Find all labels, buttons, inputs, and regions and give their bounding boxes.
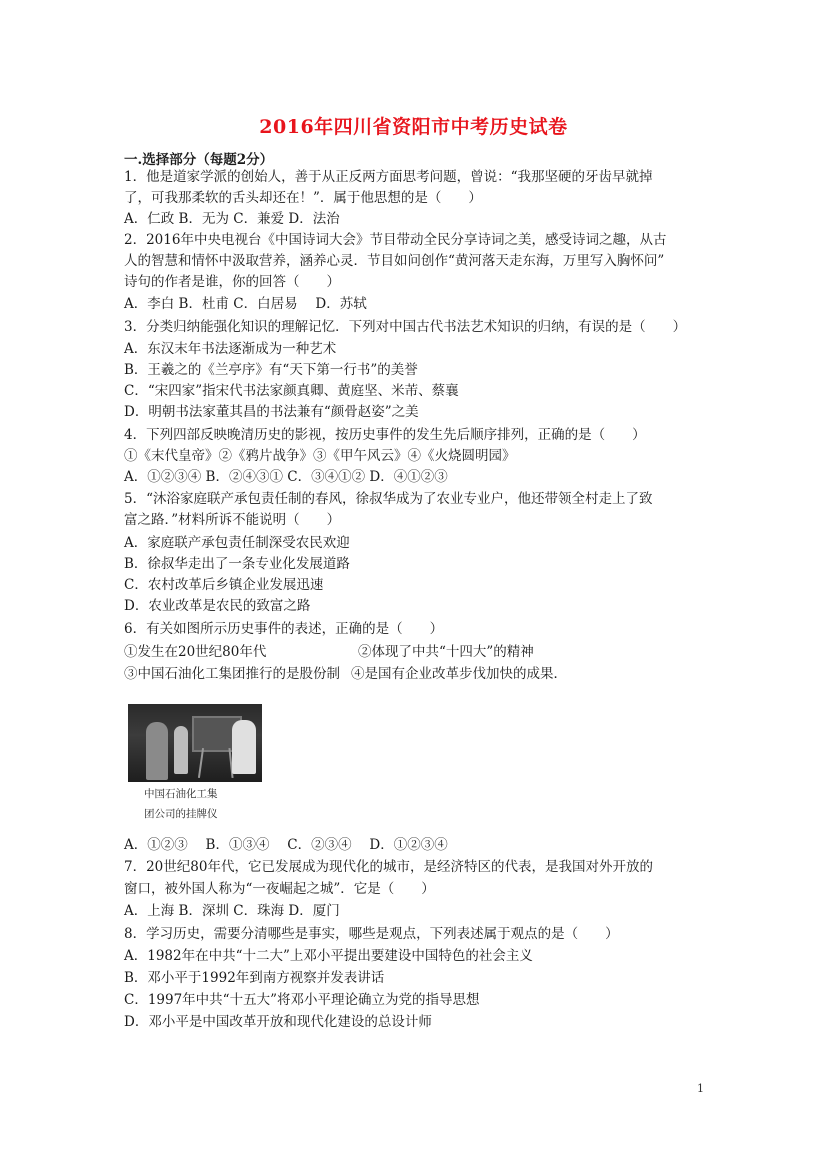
question-8-option-d: D．邓小平是中国改革开放和现代化建设的总设计师 <box>124 1013 432 1031</box>
question-8-option-a: A．1982年在中共“十二大”上邓小平提出要建设中国特色的社会主义 <box>124 947 533 965</box>
section-heading: 一.选择部分（每题2分） <box>124 148 273 168</box>
question-2-line-3: 诗句的作者是谁，你的回答（ ） <box>124 273 340 291</box>
person-silhouette <box>146 722 168 780</box>
question-4-options: A．①②③④ B．②④③① C．③④①② D．④①②③ <box>124 468 448 486</box>
question-1-options: A．仁政 B．无为 C．兼爱 D．法治 <box>124 210 340 228</box>
exam-page: 2016年四川省资阳市中考历史试卷 一.选择部分（每题2分） 1．他是道家学派的… <box>0 0 827 1169</box>
question-7-line-1: 7．20世纪80年代，它已发展成为现代化的城市，是经济特区的代表，是我国对外开放… <box>124 858 653 876</box>
question-2-options: A．李白 B．杜甫 C．白居易 D．苏轼 <box>124 295 367 313</box>
plaque-ceremony-photo <box>128 704 262 782</box>
question-8-line-1: 8．学习历史，需要分清哪些是事实，哪些是观点，下列表述属于观点的是（ ） <box>124 925 619 943</box>
question-5-option-a: A．家庭联产承包责任制深受农民欢迎 <box>124 534 350 552</box>
question-6-statement-2: ②体现了中共“十四大”的精神 <box>358 643 534 661</box>
person-silhouette <box>174 726 188 774</box>
question-7-line-2: 窗口，被外国人称为“一夜崛起之城”．它是（ ） <box>124 880 435 898</box>
question-8-option-c: C．1997年中共“十五大”将邓小平理论确立为党的指导思想 <box>124 991 480 1009</box>
figure-caption-line-2: 团公司的挂牌仪 <box>144 806 218 821</box>
question-3-line-1: 3．分类归纳能强化知识的理解记忆．下列对中国古代书法艺术知识的归纳，有误的是（ … <box>124 318 686 336</box>
page-number: 1 <box>697 1082 704 1095</box>
question-3-option-c: C．“宋四家”指宋代书法家颜真卿、黄庭坚、米芾、蔡襄 <box>124 382 459 400</box>
page-title: 2016年四川省资阳市中考历史试卷 <box>0 112 827 139</box>
person-silhouette <box>232 720 256 774</box>
question-3-option-d: D．明朝书法家董其昌的书法兼有“颜骨赵姿”之美 <box>124 403 419 421</box>
question-5-line-2: 富之路．”材料所诉不能说明（ ） <box>124 511 340 529</box>
question-8-option-b: B．邓小平于1992年到南方视察并发表讲话 <box>124 969 384 987</box>
question-7-options: A．上海 B．深圳 C．珠海 D．厦门 <box>124 902 340 920</box>
question-6-statement-4: ④是国有企业改革步伐加快的成果． <box>351 665 567 683</box>
question-5-option-b: B．徐叔华走出了一条专业化发展道路 <box>124 555 350 573</box>
question-1-line-1: 1．他是道家学派的创始人，善于从正反两方面思考问题，曾说：“我那坚硬的牙齿早就掉 <box>124 168 653 186</box>
question-2-line-1: 2．2016年中央电视台《中国诗词大会》节目带动全民分享诗词之美，感受诗词之趣，… <box>124 231 666 249</box>
question-1-line-2: 了，可我那柔软的舌头却还在！”．属于他思想的是（ ） <box>124 189 482 207</box>
easel-leg <box>198 748 204 778</box>
question-5-line-1: 5．“沐浴家庭联产承包责任制的春风，徐叔华成为了农业专业户，他还带领全村走上了致 <box>124 490 653 508</box>
question-3-option-b: B．王羲之的《兰亭序》有“天下第一行书”的美誉 <box>124 361 418 379</box>
question-5-option-c: C．农村改革后乡镇企业发展迅速 <box>124 576 323 594</box>
question-4-line-1: 4．下列四部反映晚清历史的影视，按历史事件的发生先后顺序排列，正确的是（ ） <box>124 426 646 444</box>
question-6-options: A．①②③ B．①③④ C．②③④ D．①②③④ <box>124 836 448 854</box>
question-5-option-d: D．农业改革是农民的致富之路 <box>124 597 310 615</box>
figure-caption-line-1: 中国石油化工集 <box>144 786 218 801</box>
question-6-statement-3: ③中国石油化工集团推行的是股份制 <box>124 665 340 683</box>
question-6-statement-1: ①发生在20世纪80年代 <box>124 643 266 661</box>
question-2-line-2: 人的智慧和情怀中汲取营养，涵养心灵．节目如问创作“黄河落天走东海，万里写入胸怀问… <box>124 252 664 270</box>
question-4-line-2: ①《末代皇帝》②《鸦片战争》③《甲午风云》④《火烧圆明园》 <box>124 447 516 465</box>
question-6-figure: 中国石油化工集 团公司的挂牌仪 <box>124 697 266 825</box>
question-6-line-1: 6．有关如图所示历史事件的表述，正确的是（ ） <box>124 620 443 638</box>
question-3-option-a: A．东汉末年书法逐渐成为一种艺术 <box>124 340 336 358</box>
